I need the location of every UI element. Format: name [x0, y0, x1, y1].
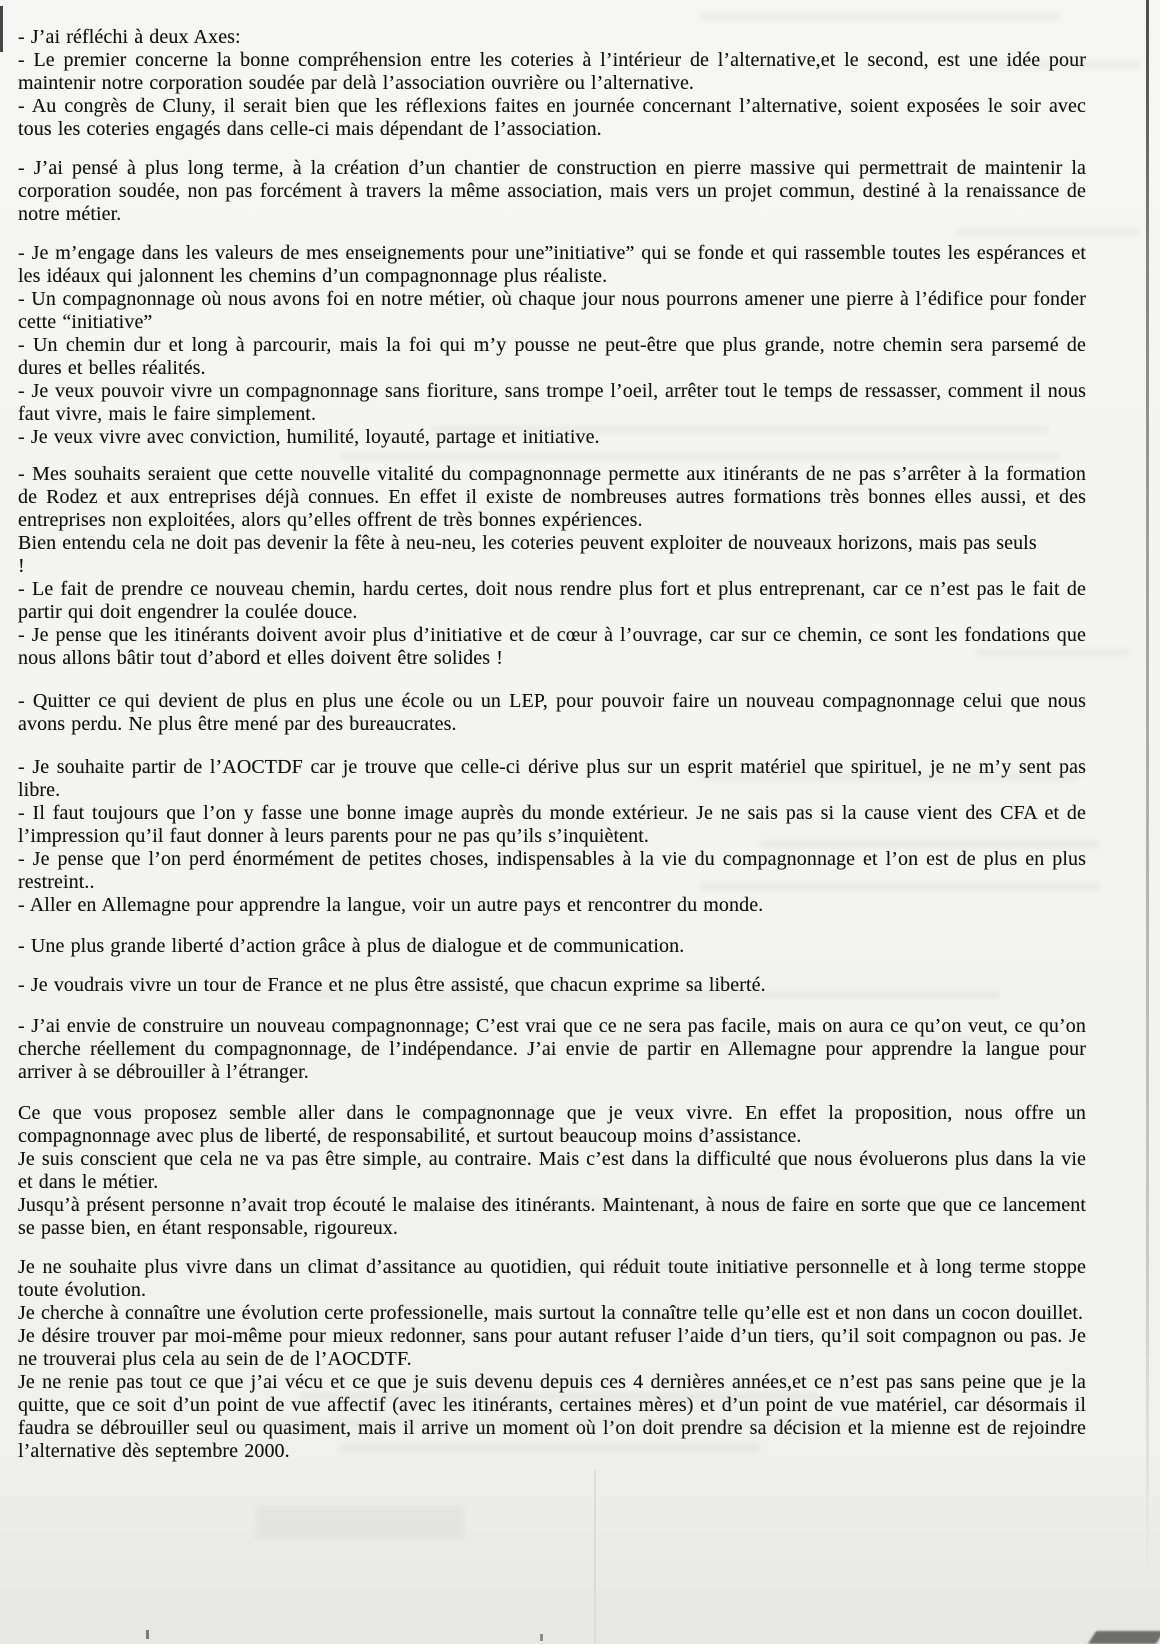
paragraph: - Mes souhaits seraient que cette nouvel… — [18, 463, 1086, 532]
paragraph: Jusqu’à présent personne n’avait trop éc… — [18, 1194, 1086, 1240]
document-text: - J’ai réfléchi à deux Axes:- Le premier… — [18, 26, 1086, 1463]
paragraph: Ce que vous proposez semble aller dans l… — [18, 1102, 1086, 1148]
paragraph: - Je veux pouvoir vivre un compagnonnage… — [18, 380, 1086, 426]
scan-speck — [146, 1630, 149, 1639]
paragraph: - Au congrès de Cluny, il serait bien qu… — [18, 95, 1086, 141]
paragraph: - Je souhaite partir de l’AOCTDF car je … — [18, 756, 1086, 802]
paragraph: - J’ai envie de construire un nouveau co… — [18, 1015, 1086, 1084]
paragraph: - Quitter ce qui devient de plus en plus… — [18, 690, 1086, 736]
bleed-through-artifact — [255, 1505, 465, 1539]
scan-edge-line-right — [1146, 0, 1149, 1575]
paragraph: - Je m’engage dans les valeurs de mes en… — [18, 242, 1086, 288]
paragraph: - Le premier concerne la bonne compréhen… — [18, 49, 1086, 95]
paragraph: - J’ai pensé à plus long terme, à la cré… — [18, 157, 1086, 226]
paragraph: - Une plus grande liberté d’action grâce… — [18, 935, 1086, 958]
paragraph: - Un compagnonnage où nous avons foi en … — [18, 288, 1086, 334]
paragraph: - Un chemin dur et long à parcourir, mai… — [18, 334, 1086, 380]
scan-edge-mark-left — [0, 6, 3, 52]
paragraph: Je ne souhaite plus vivre dans un climat… — [18, 1256, 1086, 1302]
scan-speck — [540, 1634, 543, 1641]
paragraph: - J’ai réfléchi à deux Axes: — [18, 26, 1086, 49]
paragraph: Je désire trouver par moi-même pour mieu… — [18, 1325, 1086, 1371]
paragraph: - Je pense que l’on perd énormément de p… — [18, 848, 1086, 894]
paragraph: ! — [18, 555, 1086, 578]
paragraph: - Je voudrais vivre un tour de France et… — [18, 974, 1086, 997]
paper-fold-line — [594, 1470, 596, 1644]
paragraph: Bien entendu cela ne doit pas devenir la… — [18, 532, 1086, 555]
bleed-through-artifact — [700, 12, 1060, 21]
paragraph: - Aller en Allemagne pour apprendre la l… — [18, 894, 1086, 917]
paragraph: Je suis conscient que cela ne va pas êtr… — [18, 1148, 1086, 1194]
scanned-page: - J’ai réfléchi à deux Axes:- Le premier… — [0, 0, 1160, 1644]
paragraph: - Je veux vivre avec conviction, humilit… — [18, 426, 1086, 449]
scan-smudge-bottom-right — [1088, 1631, 1160, 1644]
paragraph: - Le fait de prendre ce nouveau chemin, … — [18, 578, 1086, 624]
paragraph: - Je pense que les itinérants doivent av… — [18, 624, 1086, 670]
paragraph: - Il faut toujours que l’on y fasse une … — [18, 802, 1086, 848]
paragraph: Je ne renie pas tout ce que j’ai vécu et… — [18, 1371, 1086, 1463]
paragraph: Je cherche à connaître une évolution cer… — [18, 1302, 1086, 1325]
